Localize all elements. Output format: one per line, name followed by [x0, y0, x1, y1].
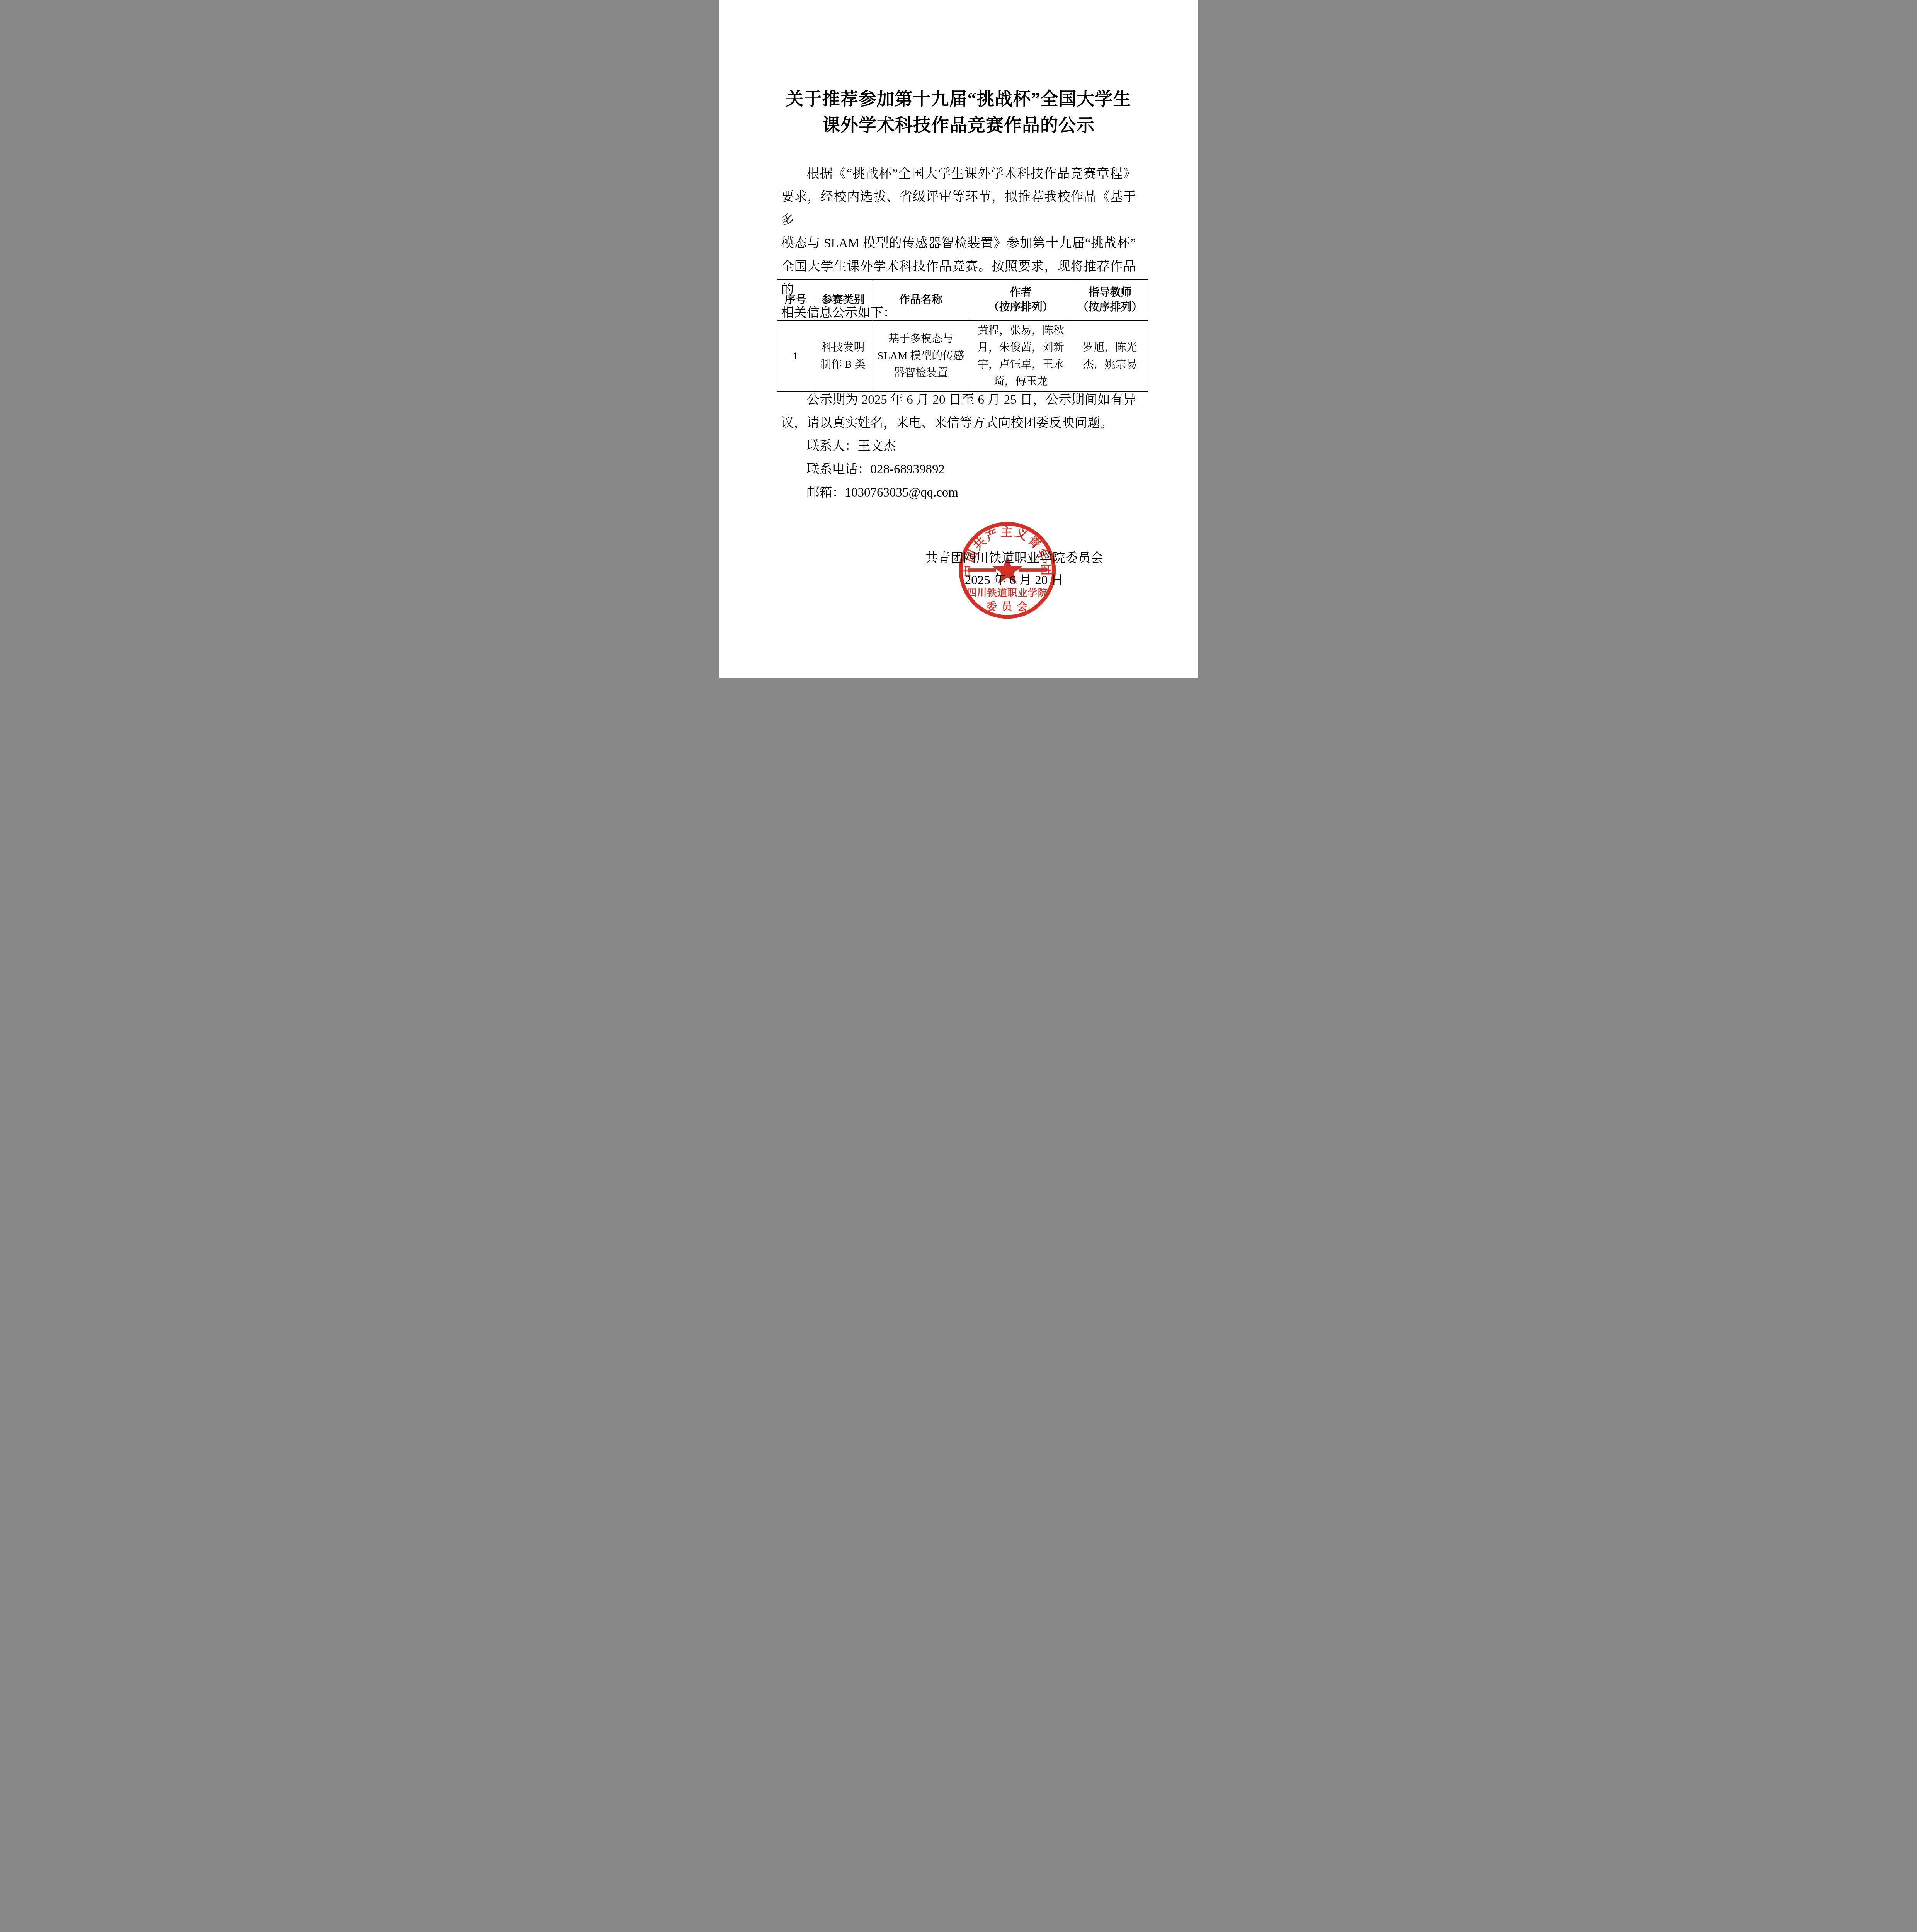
- header-teachers: 指导教师 （按序排列）: [1072, 280, 1148, 321]
- recommended-works-table: 序号 参赛类别 作品名称 作者 （按序排列） 指导教师 （按序排列） 1 科技发…: [777, 279, 1148, 392]
- body-line: 要求，经校内选拔、省级评审等环节，拟推荐我校作品《基于多: [781, 185, 1136, 232]
- title-line-2: 课外学术科技作品竞赛作品的公示: [719, 112, 1198, 138]
- header-category: 参赛类别: [814, 280, 872, 321]
- signature-organization: 共青团四川铁道职业学院委员会: [829, 547, 1198, 570]
- table-row: 1 科技发明制作 B 类 基于多模态与 SLAM 模型的传感器智检装置 黄程，张…: [777, 321, 1148, 392]
- header-authors: 作者 （按序排列）: [970, 280, 1072, 321]
- header-teachers-line2: （按序排列）: [1075, 300, 1146, 315]
- body-line: 模态与 SLAM 模型的传感器智检装置》参加第十九届“挑战杯”: [781, 232, 1136, 255]
- contact-phone: 联系电话：028-68939892: [781, 458, 1136, 481]
- cell-no: 1: [777, 321, 814, 392]
- document-page: 关于推荐参加第十九届“挑战杯”全国大学生 课外学术科技作品竞赛作品的公示 根据《…: [719, 0, 1198, 678]
- contact-person: 联系人：王文杰: [781, 435, 1136, 458]
- cell-authors: 黄程，张易，陈秋月，朱俊茜，刘新宇，卢钰卓，王永琦，傅玉龙: [970, 321, 1072, 392]
- header-work-title: 作品名称: [872, 280, 970, 321]
- cell-work-title: 基于多模态与 SLAM 模型的传感器智检装置: [872, 321, 970, 392]
- signature-date: 2025 年 6 月 20 日: [829, 569, 1198, 592]
- header-no: 序号: [777, 280, 814, 321]
- body-line: 议，请以真实姓名，来电、来信等方式向校团委反映问题。: [781, 412, 1136, 435]
- table-header-row: 序号 参赛类别 作品名称 作者 （按序排列） 指导教师 （按序排列）: [777, 280, 1148, 321]
- header-authors-line2: （按序排列）: [972, 300, 1070, 315]
- contact-email: 邮箱：1030763035@qq.com: [781, 481, 1136, 504]
- body-line: 根据《“挑战杯”全国大学生课外学术科技作品竞赛章程》: [781, 162, 1136, 185]
- document-title: 关于推荐参加第十九届“挑战杯”全国大学生 课外学术科技作品竞赛作品的公示: [719, 86, 1198, 138]
- stamp-committee-text: 委 员 会: [986, 601, 1029, 612]
- body-line: 公示期为 2025 年 6 月 20 日至 6 月 25 日，公示期间如有异: [781, 388, 1136, 412]
- cell-category: 科技发明制作 B 类: [814, 321, 872, 392]
- header-authors-line1: 作者: [972, 286, 1070, 300]
- notice-paragraph: 公示期为 2025 年 6 月 20 日至 6 月 25 日，公示期间如有异 议…: [781, 388, 1136, 504]
- title-line-1: 关于推荐参加第十九届“挑战杯”全国大学生: [719, 86, 1198, 112]
- cell-teachers: 罗旭，陈光杰，姚宗易: [1072, 321, 1148, 392]
- header-teachers-line1: 指导教师: [1075, 286, 1146, 300]
